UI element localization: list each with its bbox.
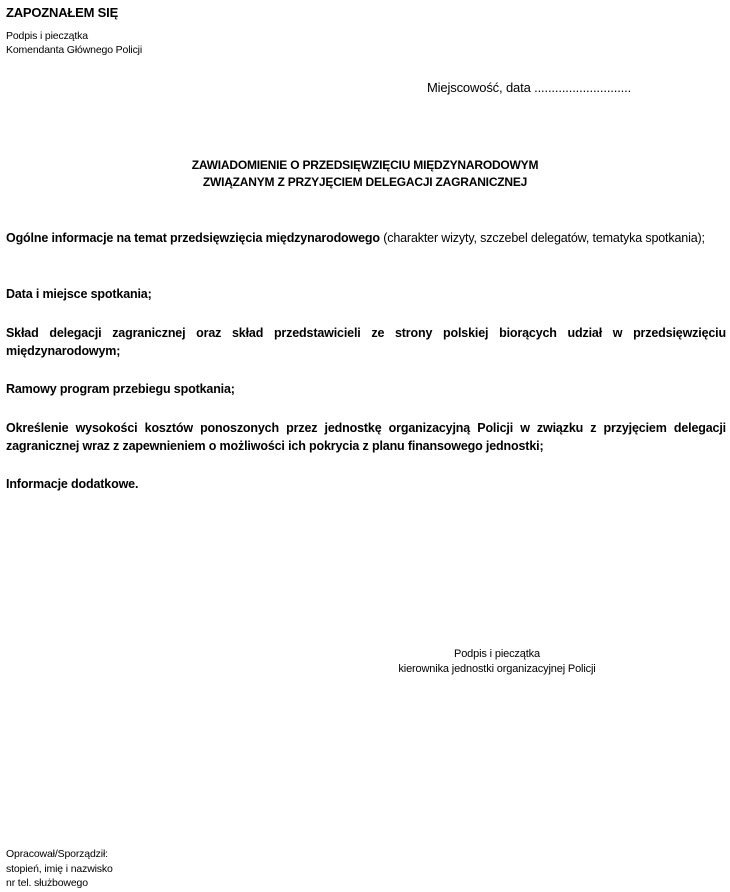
section-additional-info: Informacje dodatkowe.	[6, 475, 726, 493]
document-title: ZAWIADOMIENIE O PRZEDSIĘWZIĘCIU MIĘDZYNA…	[0, 157, 730, 191]
section-costs: Określenie wysokości kosztów ponoszonych…	[6, 419, 726, 455]
prepared-by-name: stopień, imię i nazwisko	[6, 862, 113, 877]
section-delegation-composition: Skład delegacji zagranicznej oraz skład …	[6, 324, 726, 360]
place-date-field: Miejscowość, data ......................…	[427, 80, 631, 95]
document-title-line-1: ZAWIADOMIENIE O PRZEDSIĘWZIĘCIU MIĘDZYNA…	[0, 157, 730, 174]
document-title-line-2: ZWIĄZANYM Z PRZYJĘCIEM DELEGACJI ZAGRANI…	[0, 174, 730, 191]
section-costs-heading: Określenie wysokości kosztów ponoszonych…	[6, 421, 726, 453]
acknowledgement-signature-label: Podpis i pieczątka	[6, 30, 88, 42]
section-date-place-heading: Data i miejsce spotkania;	[6, 287, 152, 301]
section-program-heading: Ramowy program przebiegu spotkania;	[6, 382, 235, 396]
section-general-info: Ogólne informacje na temat przedsięwzięc…	[6, 229, 726, 247]
prepared-by-label: Opracował/Sporządził:	[6, 847, 113, 862]
section-date-place: Data i miejsce spotkania;	[6, 285, 726, 303]
signature-signatory: kierownika jednostki organizacyjnej Poli…	[370, 662, 624, 677]
signature-block: Podpis i pieczątka kierownika jednostki …	[370, 647, 624, 677]
acknowledgement-signatory: Komendanta Głównego Policji	[6, 44, 142, 56]
signature-label: Podpis i pieczątka	[370, 647, 624, 662]
prepared-by-phone: nr tel. służbowego	[6, 876, 113, 891]
section-general-info-description: (charakter wizyty, szczebel delegatów, t…	[380, 231, 705, 245]
prepared-by-block: Opracował/Sporządził: stopień, imię i na…	[6, 847, 113, 891]
section-program: Ramowy program przebiegu spotkania;	[6, 380, 726, 398]
section-general-info-heading: Ogólne informacje na temat przedsięwzięc…	[6, 231, 380, 245]
acknowledgement-title: ZAPOZNAŁEM SIĘ	[6, 5, 118, 20]
section-additional-info-heading: Informacje dodatkowe.	[6, 477, 138, 491]
section-delegation-composition-heading: Skład delegacji zagranicznej oraz skład …	[6, 326, 726, 358]
